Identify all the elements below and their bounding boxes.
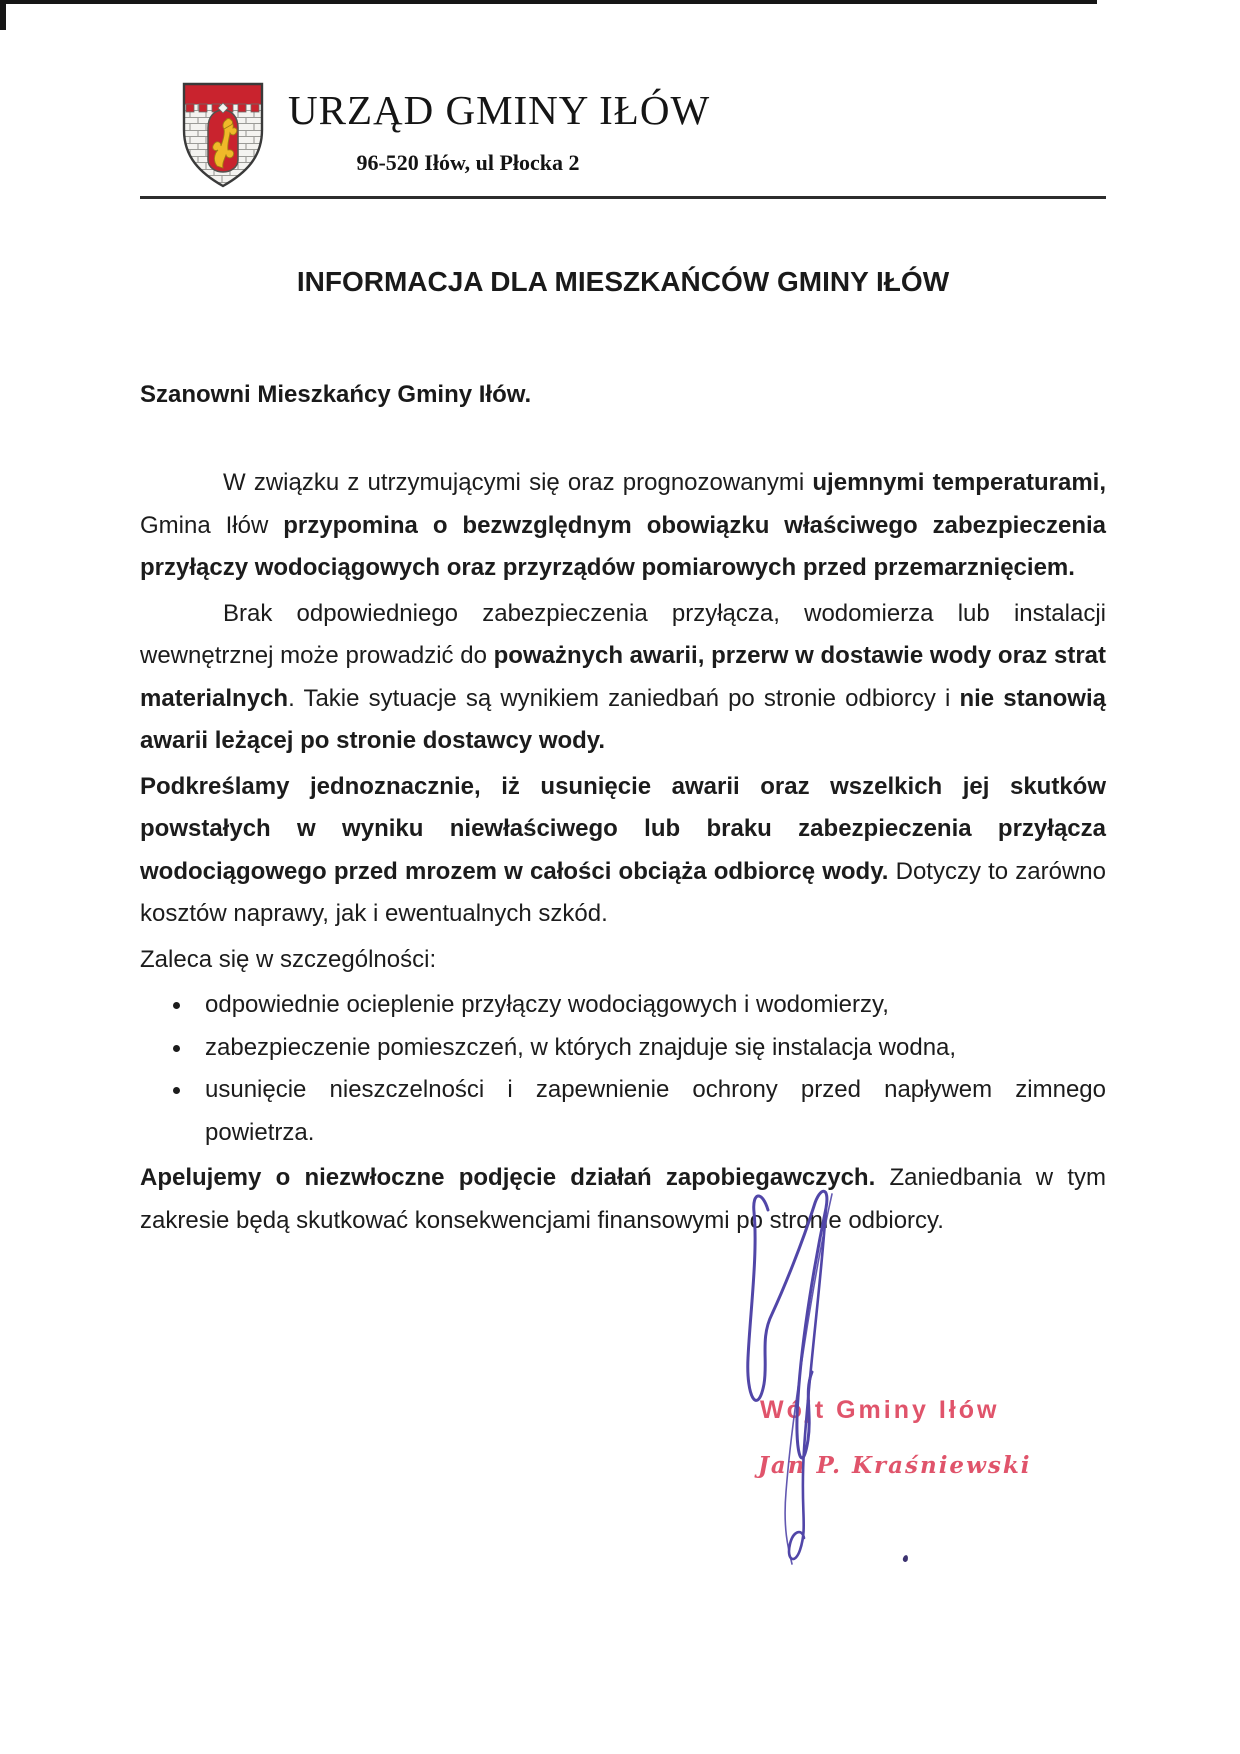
text-segment: Gmina Iłów bbox=[140, 512, 283, 539]
text-segment: ujemnymi temperaturami, bbox=[812, 469, 1106, 496]
org-address: 96-520 Iłów, ul Płocka 2 bbox=[288, 150, 648, 176]
paragraph-recommend-intro: Zaleca się w szczególności: bbox=[140, 939, 1106, 982]
bullet-item: usunięcie nieszczelności i zapewnienie o… bbox=[140, 1069, 1106, 1154]
handwritten-signature bbox=[712, 1182, 892, 1582]
gmina-ilow-crest-icon bbox=[178, 78, 268, 190]
ink-dot bbox=[902, 1554, 909, 1562]
text-segment: W związku z utrzymującymi się oraz progn… bbox=[223, 469, 812, 496]
bullet-item: odpowiednie ocieplenie przyłączy wodocią… bbox=[140, 984, 1106, 1027]
text-segment: . Takie sytuacje są wynikiem zaniedbań p… bbox=[288, 685, 959, 712]
scan-artifact-corner bbox=[0, 0, 6, 30]
text-segment: Zaleca się w szczególności: bbox=[140, 946, 436, 973]
letter-body: W związku z utrzymującymi się oraz progn… bbox=[140, 462, 1106, 1245]
recommendations-list: odpowiednie ocieplenie przyłączy wodocią… bbox=[140, 984, 1106, 1154]
paragraph-appeal: Apelujemy o niezwłoczne podjęcie działań… bbox=[140, 1157, 1106, 1242]
scanned-letter-page: URZĄD GMINY IŁÓW 96-520 Iłów, ul Płocka … bbox=[0, 0, 1240, 1754]
header-divider bbox=[140, 196, 1106, 199]
bullet-item: zabezpieczenie pomieszczeń, w których zn… bbox=[140, 1027, 1106, 1070]
salutation: Szanowni Mieszkańcy Gminy Iłów. bbox=[140, 374, 531, 416]
text-segment: przypomina o bezwzględnym obowiązku właś… bbox=[140, 512, 1106, 582]
paragraph-responsibility: Podkreślamy jednoznacznie, iż usunięcie … bbox=[140, 766, 1106, 936]
document-title: INFORMACJA DLA MIESZKAŃCÓW GMINY IŁÓW bbox=[140, 266, 1106, 298]
paragraph-frost-warning: W związku z utrzymującymi się oraz progn… bbox=[140, 462, 1106, 590]
paragraph-consequences: Brak odpowiedniego zabezpieczenia przyłą… bbox=[140, 593, 1106, 763]
scan-artifact-top-line bbox=[0, 0, 1097, 4]
org-name: URZĄD GMINY IŁÓW bbox=[288, 88, 710, 132]
